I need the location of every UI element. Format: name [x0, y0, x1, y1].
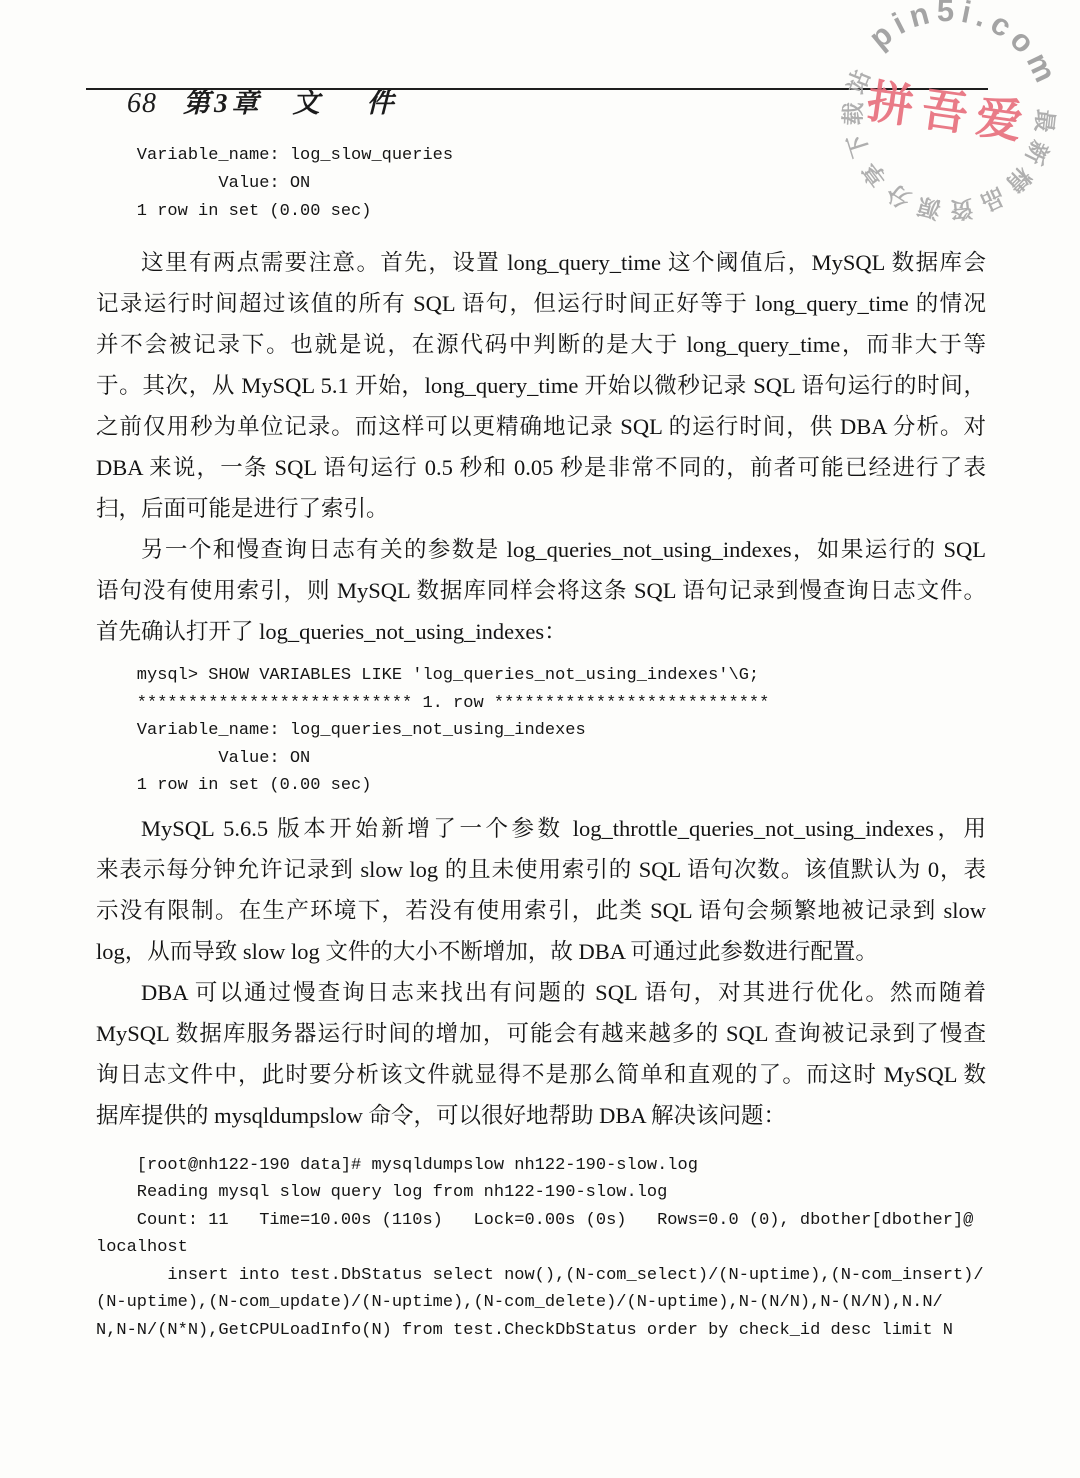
code-line: Count: 11 Time=10.00s (110s) Lock=0.00s …	[96, 1207, 986, 1235]
watermark-center-text: 拼吾爱	[864, 76, 1034, 149]
code-block-show-variables: mysql> SHOW VARIABLES LIKE 'log_queries_…	[96, 662, 986, 800]
page-body: Variable_name: log_slow_queries Value: O…	[96, 142, 986, 1344]
paragraph-log-queries-not-using-indexes: 另一个和慢查询日志有关的参数是 log_queries_not_using_in…	[96, 529, 986, 652]
text-line: 记录运行时间超过该值的所有 SQL 语句，但运行时间正好等于 long_quer…	[96, 283, 986, 324]
page-header: 68第3章文 件	[96, 50, 404, 151]
text-line: 扫，后面可能是进行了索引。	[96, 488, 986, 529]
code-line: Value: ON	[96, 170, 986, 198]
text-line: 这里有两点需要注意。首先，设置 long_query_time 这个阈值后，My…	[96, 242, 986, 283]
code-line: [root@nh122-190 data]# mysqldumpslow nh1…	[96, 1152, 986, 1180]
text-line: 据库提供的 mysqldumpslow 命令，可以很好地帮助 DBA 解决该问题…	[96, 1095, 986, 1136]
page-number: 68	[127, 88, 157, 119]
code-line: mysql> SHOW VARIABLES LIKE 'log_queries_…	[96, 662, 986, 690]
text-line: 语句没有使用索引，则 MySQL 数据库同样会将这条 SQL 语句记录到慢查询日…	[96, 570, 986, 611]
text-line: 来表示每分钟允许记录到 slow log 的且未使用索引的 SQL 语句次数。该…	[96, 849, 986, 890]
text-line: 首先确认打开了 log_queries_not_using_indexes：	[96, 611, 986, 652]
text-line: MySQL 5.6.5 版本开始新增了一个参数 log_throttle_que…	[96, 808, 986, 849]
text-line: MySQL 数据库服务器运行时间的增加，可能会有越来越多的 SQL 查询被记录到…	[96, 1013, 986, 1054]
code-line: *************************** 1. row *****…	[96, 690, 986, 718]
chapter-title: 文 件	[293, 88, 404, 118]
text-line: DBA 来说，一条 SQL 语句运行 0.5 秒和 0.05 秒是非常不同的，前…	[96, 447, 986, 488]
code-line: Value: ON	[96, 745, 986, 773]
code-block-log-slow-queries: Variable_name: log_slow_queries Value: O…	[96, 142, 986, 226]
text-line: 询日志文件中，此时要分析该文件就显得不是那么简单和直观的了。而这时 MySQL …	[96, 1054, 986, 1095]
paragraph-long-query-time-notes: 这里有两点需要注意。首先，设置 long_query_time 这个阈值后，My…	[96, 242, 986, 529]
text-line: 于。其次，从 MySQL 5.1 开始，long_query_time 开始以微…	[96, 365, 986, 406]
code-line: (N-uptime),(N-com_update)/(N-uptime),(N-…	[96, 1289, 986, 1317]
paragraph-log-throttle: MySQL 5.6.5 版本开始新增了一个参数 log_throttle_que…	[96, 808, 986, 972]
code-line: Variable_name: log_slow_queries	[96, 142, 986, 170]
code-line: 1 row in set (0.00 sec)	[96, 198, 986, 226]
code-line: Variable_name: log_queries_not_using_ind…	[96, 717, 986, 745]
text-line: 另一个和慢查询日志有关的参数是 log_queries_not_using_in…	[96, 529, 986, 570]
code-line: localhost	[96, 1234, 986, 1262]
paragraph-mysqldumpslow-intro: DBA 可以通过慢查询日志来找出有问题的 SQL 语句，对其进行优化。然而随着M…	[96, 972, 986, 1136]
code-block-mysqldumpslow: [root@nh122-190 data]# mysqldumpslow nh1…	[96, 1152, 986, 1345]
code-line: insert into test.DbStatus select now(),(…	[96, 1262, 986, 1290]
code-line: 1 row in set (0.00 sec)	[96, 772, 986, 800]
code-line: N,N-N/(N*N),GetCPULoadInfo(N) from test.…	[96, 1317, 986, 1345]
text-line: 并不会被记录下。也就是说，在源代码中判断的是大于 long_query_time…	[96, 324, 986, 365]
text-line: 之前仅用秒为单位记录。而这样可以更精确地记录 SQL 的运行时间，供 DBA 分…	[96, 406, 986, 447]
text-line: log，从而导致 slow log 文件的大小不断增加，故 DBA 可通过此参数…	[96, 931, 986, 972]
chapter-label: 第3章	[183, 88, 263, 118]
book-page: 68第3章文 件 pin5i.com 最新精品资源分享下载站 拼吾爱 Varia…	[0, 0, 1080, 1478]
text-line: DBA 可以通过慢查询日志来找出有问题的 SQL 语句，对其进行优化。然而随着	[96, 972, 986, 1013]
code-line: Reading mysql slow query log from nh122-…	[96, 1179, 986, 1207]
text-line: 示没有限制。在生产环境下，若没有使用索引，此类 SQL 语句会频繁地被记录到 s…	[96, 890, 986, 931]
